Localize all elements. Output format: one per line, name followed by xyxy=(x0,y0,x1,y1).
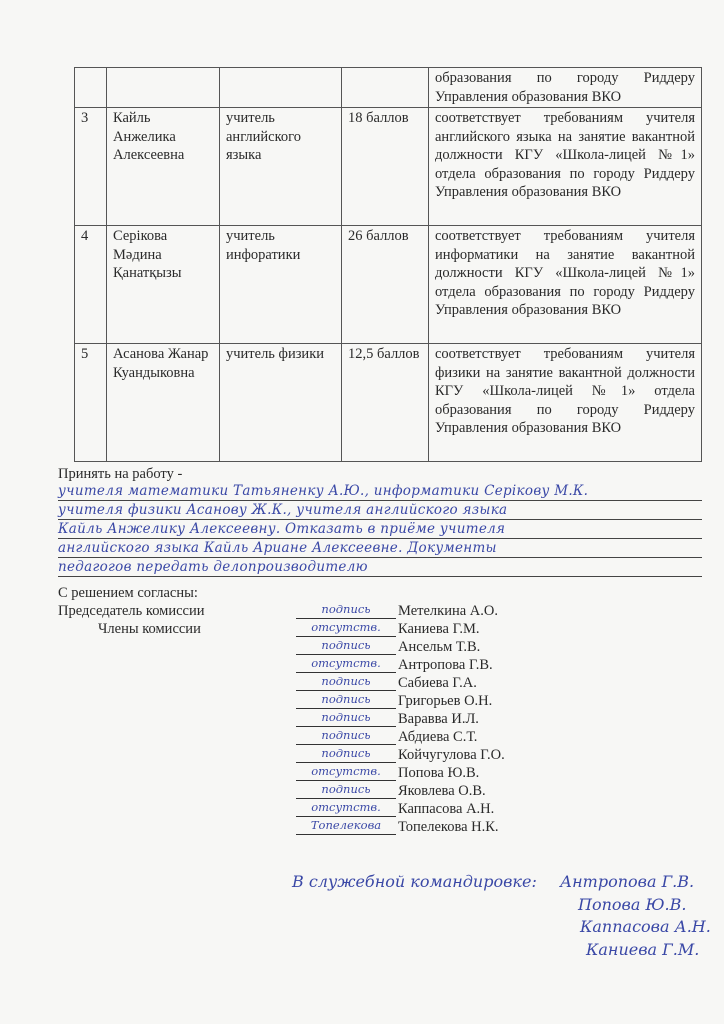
table-row: 3 Кайль Анжелика Алексеевна учитель англ… xyxy=(75,108,702,226)
cell-name: Кайль Анжелика Алексеевна xyxy=(107,108,220,226)
note-name: Каниева Г.М. xyxy=(586,940,699,959)
handwritten-line: английского языка Кайль Ариане Алексеевн… xyxy=(58,540,497,556)
note-label: В служебной командировке: xyxy=(292,872,537,891)
cell-name: Серікова Мәдина Қанатқызы xyxy=(107,226,220,344)
table-row: 4 Серікова Мәдина Қанатқызы учитель инфо… xyxy=(75,226,702,344)
signature-mark: подпись xyxy=(296,728,396,745)
note-name: Каппасова А.Н. xyxy=(580,917,711,936)
signatory-name: Метелкина А.О. xyxy=(398,603,498,620)
signature-mark: подпись xyxy=(296,782,396,799)
signatory-name: Койчугулова Г.О. xyxy=(398,747,505,764)
signatory-name: Абдиева С.Т. xyxy=(398,729,477,746)
signature-mark: отсутств. xyxy=(296,656,396,673)
note-name: Антропова Г.В. xyxy=(560,872,694,891)
signature-mark: отсутств. xyxy=(296,800,396,817)
cell-conclusion: соответствует требованиям учителя англий… xyxy=(429,108,702,226)
cell-conclusion: образования по городу Риддеру Управления… xyxy=(429,68,702,108)
signature-mark: отсутств. xyxy=(296,764,396,781)
cell-name xyxy=(107,68,220,108)
cell-score xyxy=(342,68,429,108)
cell-score: 12,5 баллов xyxy=(342,344,429,462)
signatory-name: Ансельм Т.В. xyxy=(398,639,480,656)
candidates-table: образования по городу Риддеру Управления… xyxy=(74,67,702,462)
signatory-name: Каниева Г.М. xyxy=(398,621,479,638)
decision-label: Принять на работу - xyxy=(58,466,182,483)
handwritten-line: учителя физики Асанову Ж.К., учителя анг… xyxy=(58,502,507,518)
approval-label: С решением согласны: xyxy=(58,585,198,602)
cell-conclusion: соответствует требованиям учителя информ… xyxy=(429,226,702,344)
signature-mark: подпись xyxy=(296,746,396,763)
ruled-line xyxy=(58,538,702,539)
handwritten-line: Кайль Анжелику Алексеевну. Отказать в пр… xyxy=(58,521,505,537)
chair-label: Председатель комиссии xyxy=(58,603,205,620)
ruled-line xyxy=(58,576,702,577)
signature-mark: подпись xyxy=(296,692,396,709)
signatory-name: Антропова Г.В. xyxy=(398,657,493,674)
cell-position: учитель английского языка xyxy=(220,108,342,226)
cell-name: Асанова Жанар Куандыковна xyxy=(107,344,220,462)
cell-position: учитель физики xyxy=(220,344,342,462)
cell-score: 26 баллов xyxy=(342,226,429,344)
cell-num: 5 xyxy=(75,344,107,462)
signatory-name: Яковлева О.В. xyxy=(398,783,486,800)
members-label: Члены комиссии xyxy=(98,621,201,638)
ruled-line xyxy=(58,557,702,558)
note-name: Попова Ю.В. xyxy=(578,895,686,914)
cell-num xyxy=(75,68,107,108)
signature-mark: Топелекова xyxy=(296,818,396,835)
ruled-line xyxy=(58,500,702,501)
cell-position xyxy=(220,68,342,108)
signatory-name: Попова Ю.В. xyxy=(398,765,479,782)
signature-mark: подпись xyxy=(296,710,396,727)
cell-num: 3 xyxy=(75,108,107,226)
table-row: образования по городу Риддеру Управления… xyxy=(75,68,702,108)
handwritten-line: педагогов передать делопроизводителю xyxy=(58,559,368,575)
signatory-name: Варавва И.Л. xyxy=(398,711,479,728)
cell-position: учитель инфоратики xyxy=(220,226,342,344)
signature-mark: подпись xyxy=(296,674,396,691)
signatory-name: Топелекова Н.К. xyxy=(398,819,499,836)
handwritten-line: учителя математики Татьяненку А.Ю., инфо… xyxy=(58,483,588,499)
signature-mark: отсутств. xyxy=(296,620,396,637)
ruled-line xyxy=(58,519,702,520)
cell-conclusion: соответствует требованиям учителя физики… xyxy=(429,344,702,462)
cell-num: 4 xyxy=(75,226,107,344)
signatory-name: Григорьев О.Н. xyxy=(398,693,492,710)
signatory-name: Каппасова А.Н. xyxy=(398,801,494,818)
cell-score: 18 баллов xyxy=(342,108,429,226)
signature-mark: подпись xyxy=(296,638,396,655)
table-row: 5 Асанова Жанар Куандыковна учитель физи… xyxy=(75,344,702,462)
signature-mark: подпись xyxy=(296,602,396,619)
signatory-name: Сабиева Г.А. xyxy=(398,675,477,692)
